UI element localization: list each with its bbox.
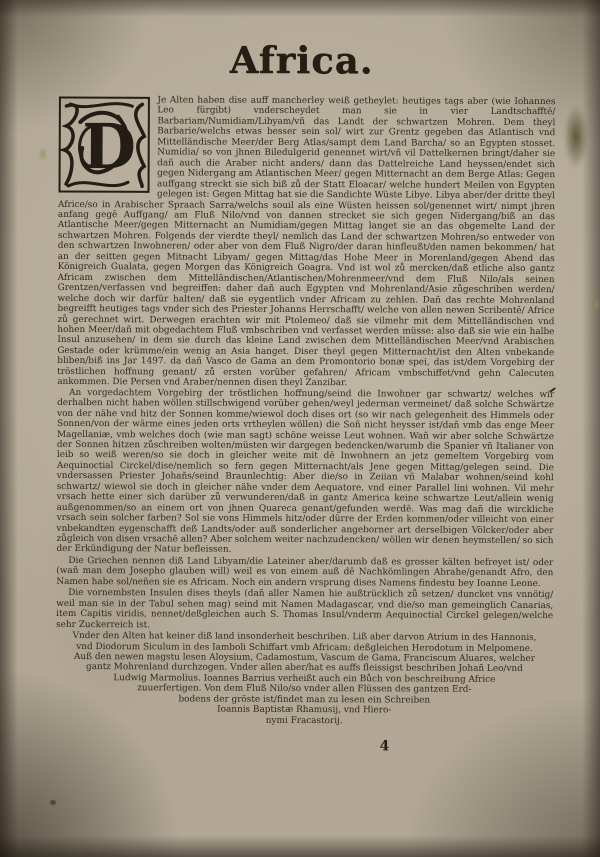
main-text-block: D Je Alten haben dise auff mancherley we… bbox=[56, 95, 556, 727]
paragraph-text: An vorgedachtem Vorgebirg der tröstliche… bbox=[56, 388, 554, 557]
closing-line: nymi Fracastorij. bbox=[56, 715, 553, 728]
first-paragraph: D Je Alten haben dise auff mancherley we… bbox=[57, 95, 555, 390]
paragraph-text: Die vornembsten Insulen dises theyls (da… bbox=[56, 588, 553, 632]
closing-block: Vnder den Alten hat keiner diß land inso… bbox=[56, 631, 553, 727]
paper-speck bbox=[594, 300, 599, 309]
ink-stain bbox=[564, 106, 588, 168]
page-number: 4 bbox=[380, 738, 390, 754]
page-content: Africa. bbox=[0, 0, 600, 857]
page-title: Africa. bbox=[2, 37, 600, 84]
scanned-book-page: Africa. bbox=[0, 0, 600, 857]
paper-background: Africa. bbox=[0, 0, 600, 857]
paper-speck bbox=[50, 800, 56, 805]
ornate-initial-icon: D bbox=[58, 96, 150, 193]
drop-cap-letter: D bbox=[82, 110, 136, 183]
paragraph-text: Die Griechen nennen diß Land Libyam/die … bbox=[56, 556, 553, 590]
paper-fleck bbox=[38, 146, 48, 162]
